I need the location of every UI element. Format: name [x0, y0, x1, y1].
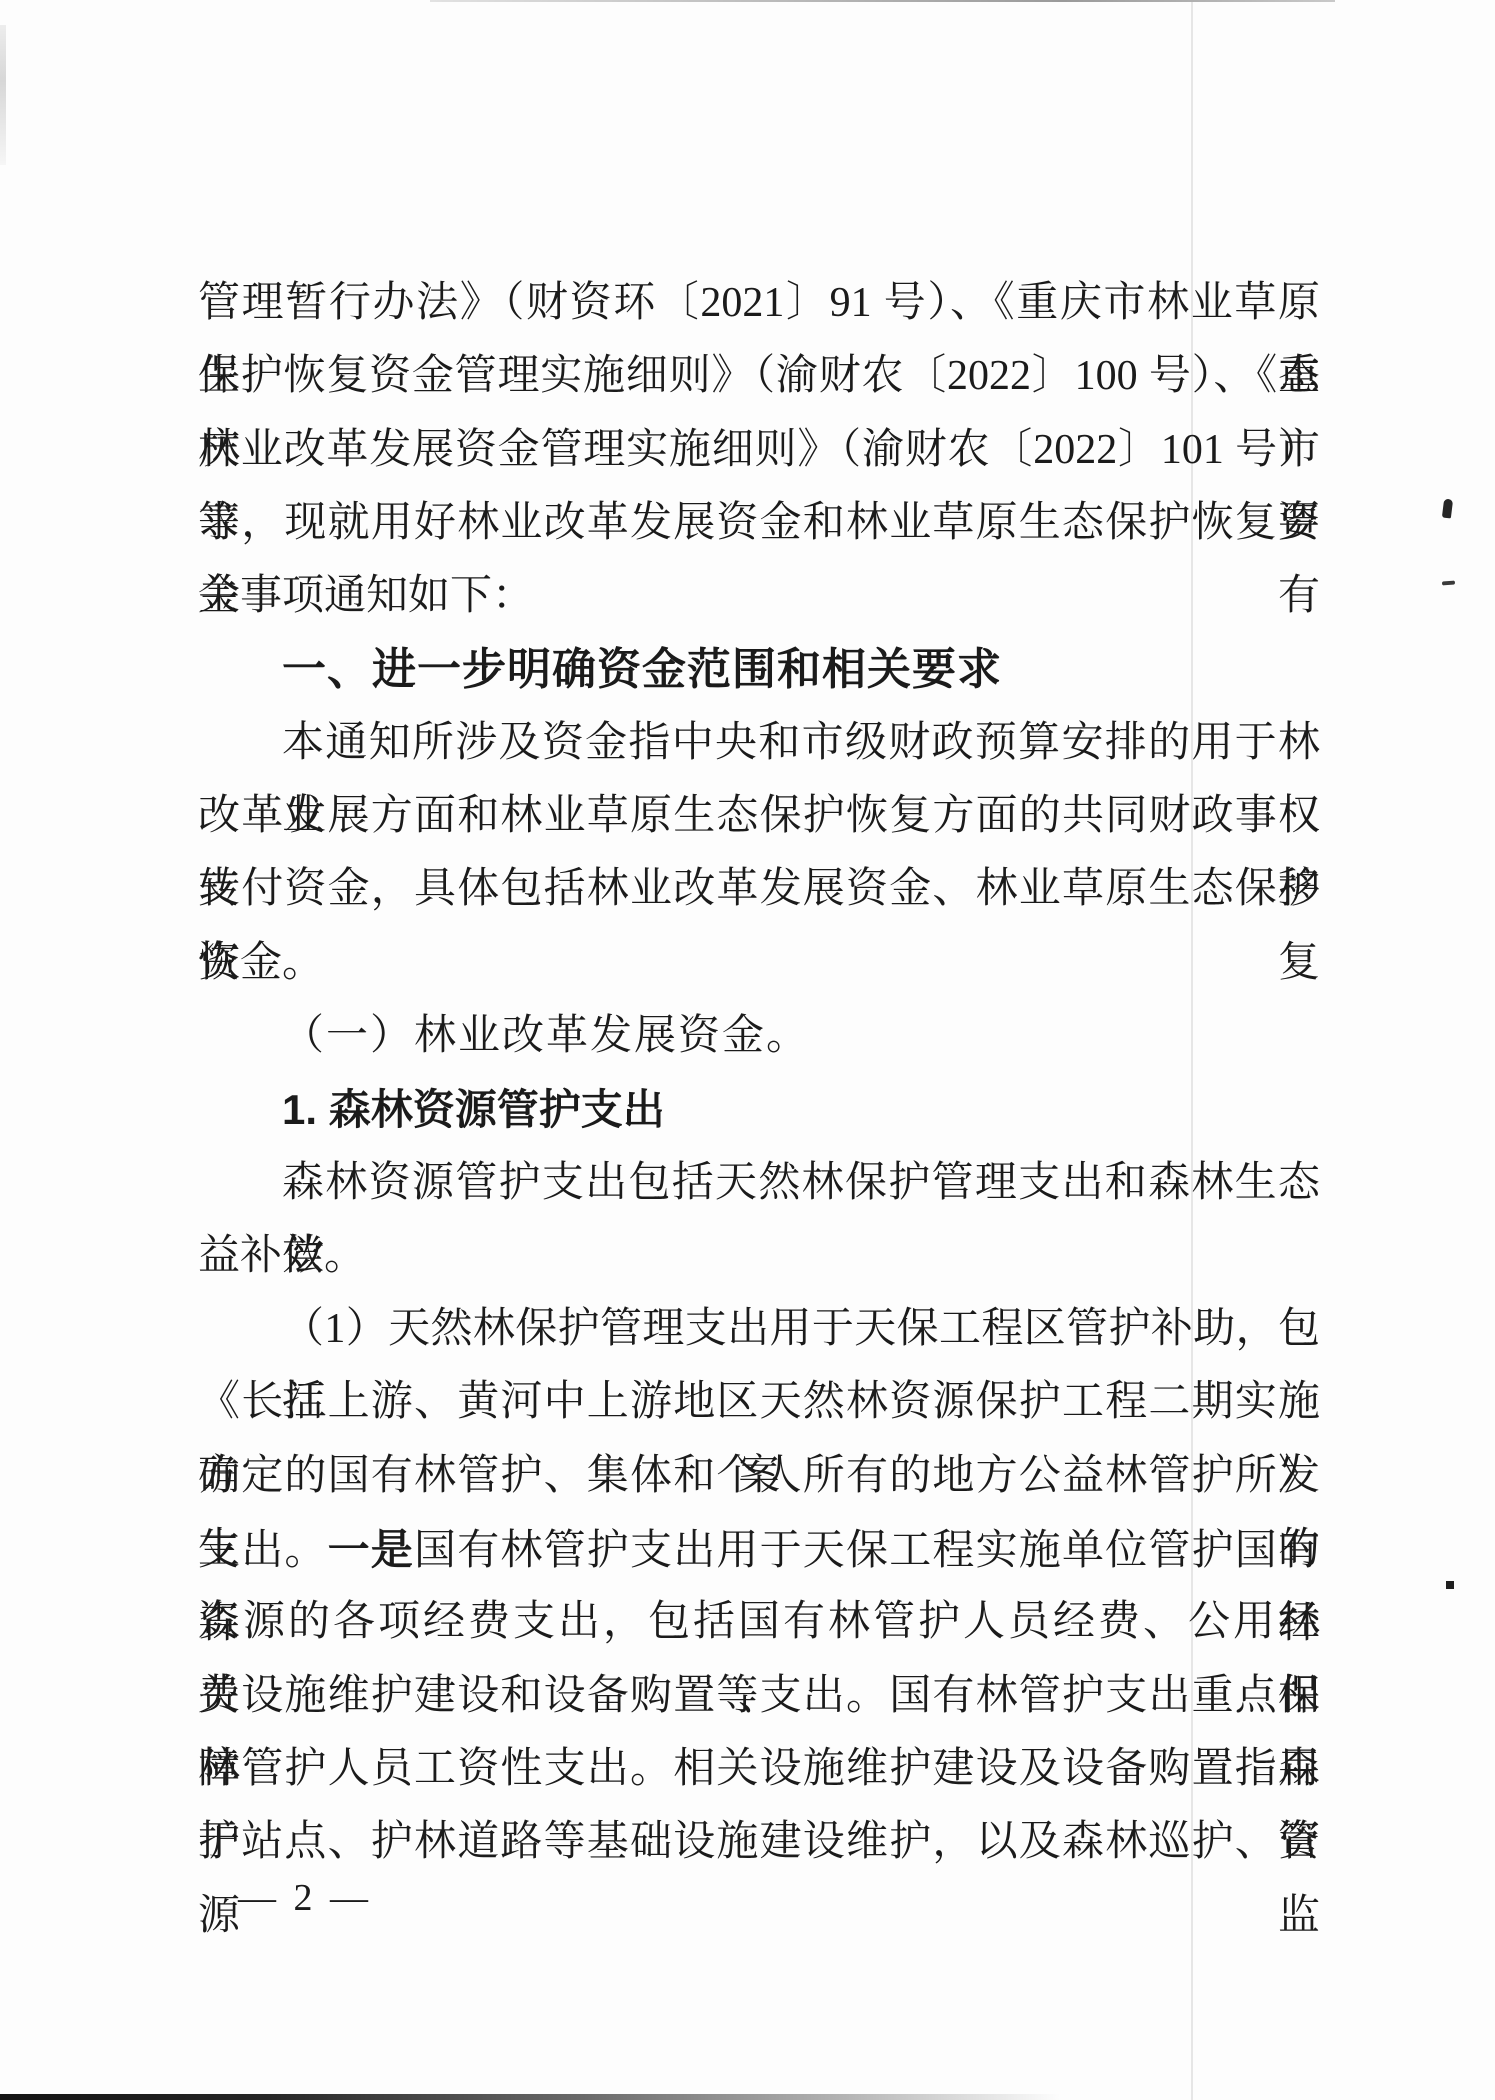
text-line: （一）林业改革发展资金。	[198, 1000, 1320, 1073]
text-line: 护站点、护林道路等基础设施建设维护，以及森林巡护、资源监	[198, 1806, 1320, 1879]
text-block: 管理暂行办法》（财资环〔2021〕91 号）、《重庆市林业草原生态保护恢复资金管…	[198, 267, 1320, 1880]
text-line: 关设施维护建设和设备购置等支出。国有林管护支出重点保障森	[198, 1660, 1320, 1733]
text-line: 支出。一是国有林管护支出用于天保工程实施单位管护国有森林	[198, 1513, 1320, 1586]
text-run: 1. 森林资源管护支出	[282, 1086, 665, 1133]
text-run: 益补偿。	[198, 1233, 366, 1279]
scan-bottom-edge-artifact	[0, 2094, 1060, 2100]
text-line: 管理暂行办法》（财资环〔2021〕91 号）、《重庆市林业草原生态	[198, 267, 1320, 340]
page-number: — 2 —	[238, 1876, 372, 1920]
text-run: 支出。	[198, 1528, 328, 1574]
scan-speck-dash	[1442, 581, 1455, 586]
text-line: 本通知所涉及资金指中央和市级财政预算安排的用于林业	[198, 707, 1320, 780]
text-line: 林管护人员工资性支出。相关设施维护建设及设备购置指用于管	[198, 1733, 1320, 1806]
text-run: 资金。	[198, 940, 324, 986]
text-line: 1. 森林资源管护支出	[198, 1073, 1320, 1146]
text-run: 一、进一步明确资金范围和相关要求	[282, 645, 1002, 694]
emphasized-text: 一是	[328, 1526, 414, 1573]
text-line: 求，现就用好林业改革发展资金和林业草原生态保护恢复资金有	[198, 487, 1320, 560]
document-page: 管理暂行办法》（财资环〔2021〕91 号）、《重庆市林业草原生态保护恢复资金管…	[0, 0, 1495, 2100]
text-line: 林业改革发展资金管理实施细则》（渝财农〔2022〕101 号）等要	[198, 414, 1320, 487]
text-run: 支付资金，具体包括林业改革发展资金、林业草原生态保护恢复	[198, 866, 1320, 985]
text-line: 资源的各项经费支出，包括国有林管护人员经费、公用经费、相	[198, 1586, 1320, 1659]
text-run: 关事项通知如下：	[198, 573, 534, 619]
text-line: 支付资金，具体包括林业改革发展资金、林业草原生态保护恢复	[198, 853, 1320, 926]
scan-speck-dot	[1446, 1581, 1454, 1589]
text-line: （1）天然林保护管理支出用于天保工程区管护补助，包括	[198, 1293, 1320, 1366]
scan-top-edge-artifact	[430, 0, 1335, 2]
scan-left-edge-smudge	[0, 25, 6, 165]
scan-speck-tick	[1442, 499, 1453, 519]
text-line: 《长江上游、黄河中上游地区天然林资源保护工程二期实施方案》	[198, 1366, 1320, 1439]
text-line: 一、进一步明确资金范围和相关要求	[198, 633, 1320, 706]
text-line: 保护恢复资金管理实施细则》（渝财农〔2022〕100 号）、《重庆市	[198, 340, 1320, 413]
text-run: （一）林业改革发展资金。	[282, 1013, 810, 1059]
text-line: 确定的国有林管护、集体和个人所有的地方公益林管护所发生的	[198, 1440, 1320, 1513]
text-line: 益补偿。	[198, 1220, 1320, 1293]
text-line: 改革发展方面和林业草原生态保护恢复方面的共同财政事权转移	[198, 780, 1320, 853]
text-line: 森林资源管护支出包括天然林保护管理支出和森林生态效	[198, 1147, 1320, 1220]
